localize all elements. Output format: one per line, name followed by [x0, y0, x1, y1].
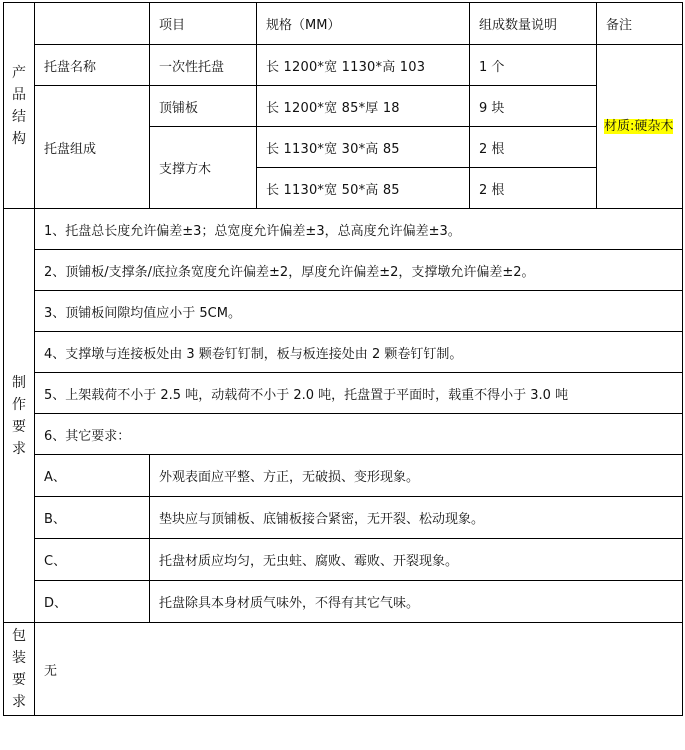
other-requirement-label: B、	[35, 497, 150, 539]
material-remark-highlight: 材质:硬杂木	[604, 119, 673, 134]
header-remark: 备注	[597, 3, 683, 45]
requirement-row: 制作要求 1、托盘总长度允许偏差±3；总宽度允许偏差±3，总高度允许偏差±3。	[4, 209, 683, 250]
pallet-spec-table: 产品结构 项目 规格（MM） 组成数量说明 备注 托盘名称 一次性托盘 长 12…	[3, 2, 683, 716]
table-row: 托盘组成 顶铺板 长 1200*宽 85*厚 18 9 块	[4, 86, 683, 127]
header-item: 项目	[150, 3, 257, 45]
other-requirement-label: C、	[35, 539, 150, 581]
requirement-text: 4、支撑墩与连接板处由 3 颗卷钉钉制，板与板连接处由 2 颗卷钉钉制。	[35, 332, 683, 373]
spec-cell: 长 1200*宽 85*厚 18	[257, 86, 470, 127]
spec-cell: 长 1200*宽 1130*高 103	[257, 45, 470, 86]
quantity-cell: 9 块	[470, 86, 597, 127]
requirement-text: 1、托盘总长度允许偏差±3；总宽度允许偏差±3，总高度允许偏差±3。	[35, 209, 683, 250]
requirement-text: 2、顶铺板/支撑条/底拉条宽度允许偏差±2，厚度允许偏差±2，支撑墩允许偏差±2…	[35, 250, 683, 291]
header-quantity: 组成数量说明	[470, 3, 597, 45]
requirement-text: 5、上架载荷不小于 2.5 吨，动载荷不小于 2.0 吨，托盘置于平面时，载重不…	[35, 373, 683, 414]
other-requirement-row: A、 外观表面应平整、方正，无破损、变形现象。	[4, 455, 683, 497]
category-pallet-name: 托盘名称	[35, 45, 150, 86]
section-label: 产品结构	[12, 62, 26, 150]
other-requirement-row: B、 垫块应与顶铺板、底铺板接合紧密，无开裂、松动现象。	[4, 497, 683, 539]
packaging-value: 无	[35, 623, 683, 716]
table-row: 托盘名称 一次性托盘 长 1200*宽 1130*高 103 1 个 材质:硬杂…	[4, 45, 683, 86]
requirement-text: 3、顶铺板间隙均值应小于 5CM。	[35, 291, 683, 332]
header-spec: 规格（MM）	[257, 3, 470, 45]
section-label: 包装要求	[12, 625, 26, 713]
quantity-cell: 2 根	[470, 127, 597, 168]
spec-cell: 长 1130*宽 30*高 85	[257, 127, 470, 168]
other-requirement-text: 外观表面应平整、方正，无破损、变形现象。	[150, 455, 683, 497]
other-requirement-row: D、 托盘除具本身材质气味外，不得有其它气味。	[4, 581, 683, 623]
spec-cell: 长 1130*宽 50*高 85	[257, 168, 470, 209]
requirement-row: 5、上架载荷不小于 2.5 吨，动载荷不小于 2.0 吨，托盘置于平面时，载重不…	[4, 373, 683, 414]
packaging-row: 包装要求 无	[4, 623, 683, 716]
requirement-row: 2、顶铺板/支撑条/底拉条宽度允许偏差±2，厚度允许偏差±2，支撑墩允许偏差±2…	[4, 250, 683, 291]
item-cell: 支撑方木	[150, 127, 257, 209]
requirement-row: 4、支撑墩与连接板处由 3 颗卷钉钉制，板与板连接处由 2 颗卷钉钉制。	[4, 332, 683, 373]
item-cell: 一次性托盘	[150, 45, 257, 86]
header-blank	[35, 3, 150, 45]
item-cell: 顶铺板	[150, 86, 257, 127]
requirement-text: 6、其它要求：	[35, 414, 683, 455]
other-requirement-text: 垫块应与顶铺板、底铺板接合紧密，无开裂、松动现象。	[150, 497, 683, 539]
section-product-structure: 产品结构	[4, 3, 35, 209]
section-label: 制作要求	[12, 372, 26, 460]
quantity-cell: 1 个	[470, 45, 597, 86]
section-packaging-requirements: 包装要求	[4, 623, 35, 716]
requirement-row: 6、其它要求：	[4, 414, 683, 455]
quantity-cell: 2 根	[470, 168, 597, 209]
structure-header-row: 产品结构 项目 规格（MM） 组成数量说明 备注	[4, 3, 683, 45]
category-pallet-composition: 托盘组成	[35, 86, 150, 209]
section-manufacturing-requirements: 制作要求	[4, 209, 35, 623]
other-requirement-row: C、 托盘材质应均匀，无虫蛀、腐败、霉败、开裂现象。	[4, 539, 683, 581]
other-requirement-label: A、	[35, 455, 150, 497]
other-requirement-label: D、	[35, 581, 150, 623]
other-requirement-text: 托盘除具本身材质气味外，不得有其它气味。	[150, 581, 683, 623]
remark-cell: 材质:硬杂木	[597, 45, 683, 209]
other-requirement-text: 托盘材质应均匀，无虫蛀、腐败、霉败、开裂现象。	[150, 539, 683, 581]
requirement-row: 3、顶铺板间隙均值应小于 5CM。	[4, 291, 683, 332]
